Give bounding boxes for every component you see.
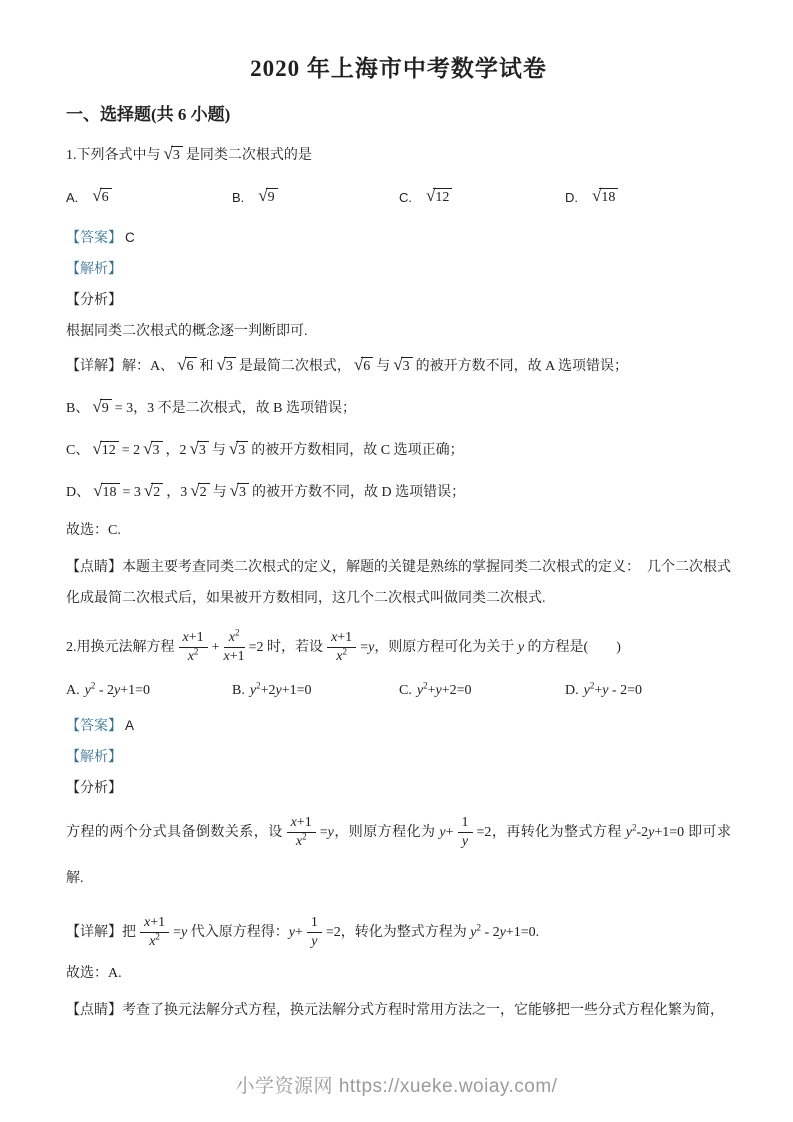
q1-analysis-text: 根据同类二次根式的概念逐一判断即可. xyxy=(66,322,731,342)
answer-label: 【答案】 xyxy=(66,719,122,734)
option-letter: A. xyxy=(66,680,80,702)
q2-fenxi-label: 【分析】 xyxy=(66,779,731,799)
q2-tip: 【点睛】考查了换元法解分式方程，换元法解分式方程时常用方法之一，它能够把一些分式… xyxy=(66,995,731,1026)
exam-page: 2020 年上海市中考数学试卷 一、选择题(共 6 小题) 1.下列各式中与√3… xyxy=(0,0,793,1036)
q2-option-a: A. y2 - 2y+1=0 xyxy=(66,680,232,702)
option-formula: √18 xyxy=(589,184,621,212)
q1-option-a: A. √6 xyxy=(66,184,232,212)
option-formula: √12 xyxy=(423,184,455,212)
q2-options-row: A. y2 - 2y+1=0 B. y2+2y+1=0 C. y2+y+2=0 … xyxy=(66,680,731,702)
option-formula: y2+2y+1=0 xyxy=(250,680,312,702)
q1-conclusion: 故选：C. xyxy=(66,521,731,541)
question-1: 1.下列各式中与√3是同类二次根式的是 A. √6 B. √9 C. √12 D… xyxy=(66,142,731,614)
q2-option-b: B. y2+2y+1=0 xyxy=(232,680,399,702)
q2-conclusion: 故选：A. xyxy=(66,964,731,984)
option-formula: √6 xyxy=(89,184,114,212)
section-heading: 一、选择题(共 6 小题) xyxy=(66,104,731,126)
option-letter: A. xyxy=(66,184,78,212)
question-2: 2.用换元法解方程x+1x2+x2x+1=2 时，若设x+1x2=y，则原方程可… xyxy=(66,624,731,1026)
q1-option-c: C. √12 xyxy=(399,184,565,212)
q1-detail-line-4: D、√18= 3√2，3√2与√3的被开方数不同，故 D 选项错误； xyxy=(66,479,731,507)
q1-options-row: A. √6 B. √9 C. √12 D. √18 xyxy=(66,184,731,212)
q2-answer-line: 【答案】A xyxy=(66,716,731,737)
q2-analysis-text: 方程的两个分式具备倒数关系，设x+1x2=y，则原方程化为 y+1y=2，再转化… xyxy=(66,810,731,902)
option-letter: B. xyxy=(232,680,245,702)
option-formula: y2+y - 2=0 xyxy=(584,680,642,702)
option-formula: y2+y+2=0 xyxy=(417,680,472,702)
option-letter: D. xyxy=(565,184,578,212)
q1-detail-line-1: 【详解】解：A、√6和√3是最简二次根式，√6与√3的被开方数不同，故 A 选项… xyxy=(66,353,731,381)
q2-option-c: C. y2+y+2=0 xyxy=(399,680,565,702)
q1-fenxi-label: 【分析】 xyxy=(66,291,731,311)
option-formula: y2 - 2y+1=0 xyxy=(85,680,150,702)
q1-detail-line-2: B、√9= 3，3 不是二次根式，故 B 选项错误； xyxy=(66,395,731,423)
q2-jiexi-label: 【解析】 xyxy=(66,748,731,768)
option-letter: C. xyxy=(399,680,412,702)
q1-option-d: D. √18 xyxy=(565,184,731,212)
q1-answer-value: C xyxy=(125,230,135,245)
q1-detail-line-3: C、√12= 2√3，2√3与√3的被开方数相同，故 C 选项正确； xyxy=(66,437,731,465)
q1-answer-line: 【答案】C xyxy=(66,228,731,249)
q1-stem: 1.下列各式中与√3是同类二次根式的是 xyxy=(66,142,731,170)
q2-answer-value: A xyxy=(125,718,134,733)
q2-stem: 2.用换元法解方程x+1x2+x2x+1=2 时，若设x+1x2=y，则原方程可… xyxy=(66,624,731,672)
page-title: 2020 年上海市中考数学试卷 xyxy=(66,54,731,84)
q1-tip: 【点睛】本题主要考查同类二次根式的定义，解题的关键是熟练的掌握同类二次根式的定义… xyxy=(66,552,731,614)
option-letter: C. xyxy=(399,184,412,212)
option-letter: B. xyxy=(232,184,244,212)
page-footer: 小学资源网 https://xueke.woiay.com/ xyxy=(0,1071,793,1122)
q2-option-d: D. y2+y - 2=0 xyxy=(565,680,731,702)
option-formula: √9 xyxy=(255,184,280,212)
option-letter: D. xyxy=(565,680,579,702)
q1-option-b: B. √9 xyxy=(232,184,399,212)
answer-label: 【答案】 xyxy=(66,231,122,246)
q1-jiexi-label: 【解析】 xyxy=(66,260,731,280)
q2-detail-line: 【详解】把x+1x2=y 代入原方程得：y+1y=2，转化为整式方程为 y2 -… xyxy=(66,910,731,956)
